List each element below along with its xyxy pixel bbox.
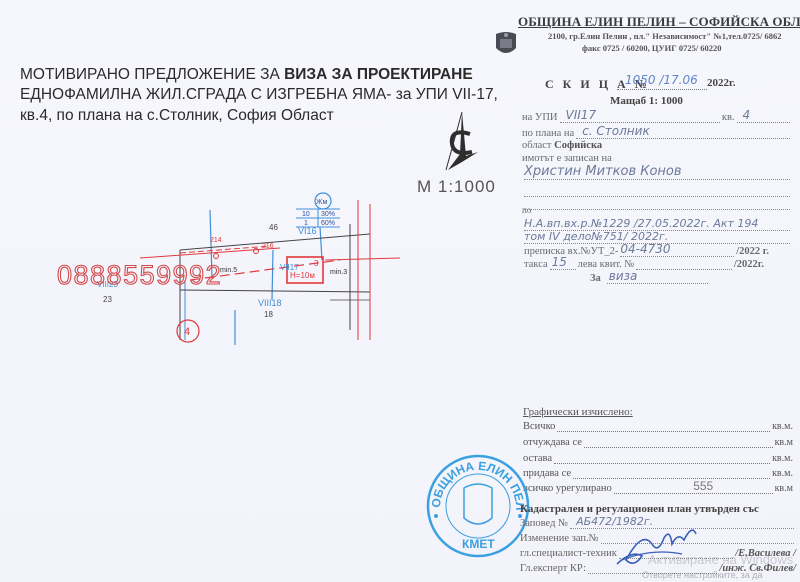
building-number: 3: [314, 259, 319, 268]
area-row-added: придава секв.м.: [523, 467, 793, 479]
document-page: ОБЩИНА ЕЛИН ПЕЛИН – СОФИЙСКА ОБЛАС 2100,…: [0, 0, 800, 582]
official-stamp-icon: ОБЩИНА ЕЛИН ПЕЛИН КМЕТ: [424, 452, 532, 560]
street-label-214: 214: [210, 237, 222, 244]
region-value: Софийска: [554, 140, 602, 151]
area-unit: кв.м.: [772, 421, 793, 432]
owner-label: имотът е записан на: [522, 153, 612, 164]
kv-label: кв.: [722, 112, 735, 123]
request-label: преписка вх.№УТ_2-: [524, 246, 618, 257]
area-row-expropriated: отчуждава секв.м: [523, 436, 793, 448]
plan-label: по плана на: [522, 128, 574, 139]
region-row: област Софийска: [522, 140, 602, 151]
organization-address: 2100, гр.Елин Пелин , пл." Независимост"…: [548, 31, 781, 41]
distance-min5: min.5: [220, 267, 237, 274]
area-label: отчуждава се: [523, 437, 582, 448]
area-label: Всичко: [523, 421, 555, 432]
map-scale: М 1:1000: [417, 177, 496, 197]
block-number: 4: [184, 326, 190, 338]
title-normal-text: МОТИВИРАНО ПРЕДЛОЖЕНИЕ ЗА: [20, 66, 284, 83]
zone-label: Жм: [316, 199, 327, 206]
stamp-top-text: ОБЩИНА ЕЛИН ПЕЛИН: [424, 452, 527, 511]
zone-floors: 10: [302, 211, 310, 218]
organization-fax: факс 0725 / 60200, ЦУИГ 0725/ 60220: [582, 43, 722, 53]
sketch-number-value: 1050 /17.06: [625, 73, 698, 87]
purpose-row: За виза: [590, 271, 710, 284]
fee-row: такса 15 лева квит. № /2022г.: [524, 257, 764, 270]
fee-label: такса: [524, 259, 548, 270]
sketch-number-field: 1050 /17.06: [617, 73, 707, 90]
area-value: 555: [693, 479, 713, 493]
fee-year: /2022г.: [734, 259, 764, 270]
lot-number-23: 23: [103, 295, 112, 304]
order-label: Заповед №: [520, 518, 568, 529]
document-title-line-1: МОТИВИРАНО ПРЕДЛОЖЕНИЕ ЗА ВИЗА ЗА ПРОЕКТ…: [20, 66, 473, 84]
lot-number-18: 18: [264, 310, 273, 319]
distance-min3-right: min.3: [330, 269, 347, 276]
svg-text:ОБЩИНА ЕЛИН ПЕЛИН: ОБЩИНА ЕЛИН ПЕЛИН: [424, 452, 527, 511]
request-year: /2022 г.: [736, 246, 769, 257]
upi-row: на УПИ VII17 кв. 4: [522, 110, 792, 123]
document-title-line-2: ЕДНОФАМИЛНА ЖИЛ.СГРАДА С ИЗГРЕБНА ЯМА- з…: [20, 86, 498, 104]
plan-row: по плана на с. Столник: [522, 126, 792, 139]
area-unit: кв.м: [775, 437, 793, 448]
region-label: област: [522, 140, 551, 151]
scale-label: Мащаб 1: 1000: [610, 95, 683, 107]
area-unit: кв.м.: [772, 468, 793, 479]
upi-label: на УПИ: [522, 112, 558, 123]
area-row-remaining: оставакв.м.: [523, 452, 793, 464]
change-label: Изменение зап.№: [520, 533, 599, 544]
windows-activation-hint[interactable]: Отворете настройките, за да: [642, 570, 763, 580]
parcel-label-vi16: VI16: [298, 226, 317, 236]
owner-value: Христин Митков Конов: [524, 164, 682, 179]
area-unit: кв.м: [775, 483, 793, 494]
area-unit: кв.м.: [772, 453, 793, 464]
area-row-total: Всичкокв.м.: [523, 420, 793, 432]
zone-density: 30%: [321, 211, 335, 218]
building-height-label: H=10м: [290, 271, 315, 280]
area-section-title: Графически изчислено:: [523, 406, 633, 418]
po-label: по: [522, 205, 531, 215]
plan-value: с. Столник: [582, 124, 650, 138]
blank-row-1: [522, 184, 792, 197]
owner-row: Христин Митков Конов: [522, 166, 792, 180]
municipality-crest-icon: [494, 30, 518, 58]
parcel-label-vii17: VII17: [280, 263, 299, 272]
fee-value: 15: [552, 255, 567, 269]
parcel-label-viii18: VIII18: [258, 298, 282, 308]
phone-watermark: 0888559992: [57, 260, 222, 291]
expert-label: Гл.експерт КР:: [520, 563, 586, 574]
document-title-line-3: кв.4, по плана на с.Столник, София Облас…: [20, 107, 334, 125]
specialist-label: гл.специалист-техник: [520, 548, 617, 559]
windows-activation-title: Активиране на Windows: [648, 552, 793, 567]
title-bold-text: ВИЗА ЗА ПРОЕКТИРАНЕ: [284, 66, 473, 83]
area-row-regulated: всичко урегулирано555кв.м: [523, 482, 793, 494]
lot-number-46: 46: [269, 223, 278, 232]
purpose-label: За: [590, 273, 601, 284]
sketch-year: 2022г.: [707, 77, 736, 89]
stamp-bottom-text: КМЕТ: [462, 537, 495, 551]
zone-green: 60%: [321, 220, 335, 227]
purpose-value: виза: [609, 269, 638, 283]
street-label-216: 216: [262, 243, 274, 250]
kv-value: 4: [743, 108, 751, 122]
area-label: всичко урегулирано: [523, 483, 612, 494]
cadastral-title: Кадастрален и регулационен план утвърден…: [520, 503, 759, 515]
organization-name: ОБЩИНА ЕЛИН ПЕЛИН – СОФИЙСКА ОБЛАС: [518, 14, 800, 30]
north-arrow-icon: [440, 112, 484, 174]
blank-row-2: [522, 197, 792, 210]
deed-line-1: Н.А.вп.вх.р.№1229 /27.05.2022г. Акт 194: [524, 217, 758, 230]
upi-value: VII17: [566, 108, 597, 122]
request-value: 04-4730: [620, 242, 670, 256]
